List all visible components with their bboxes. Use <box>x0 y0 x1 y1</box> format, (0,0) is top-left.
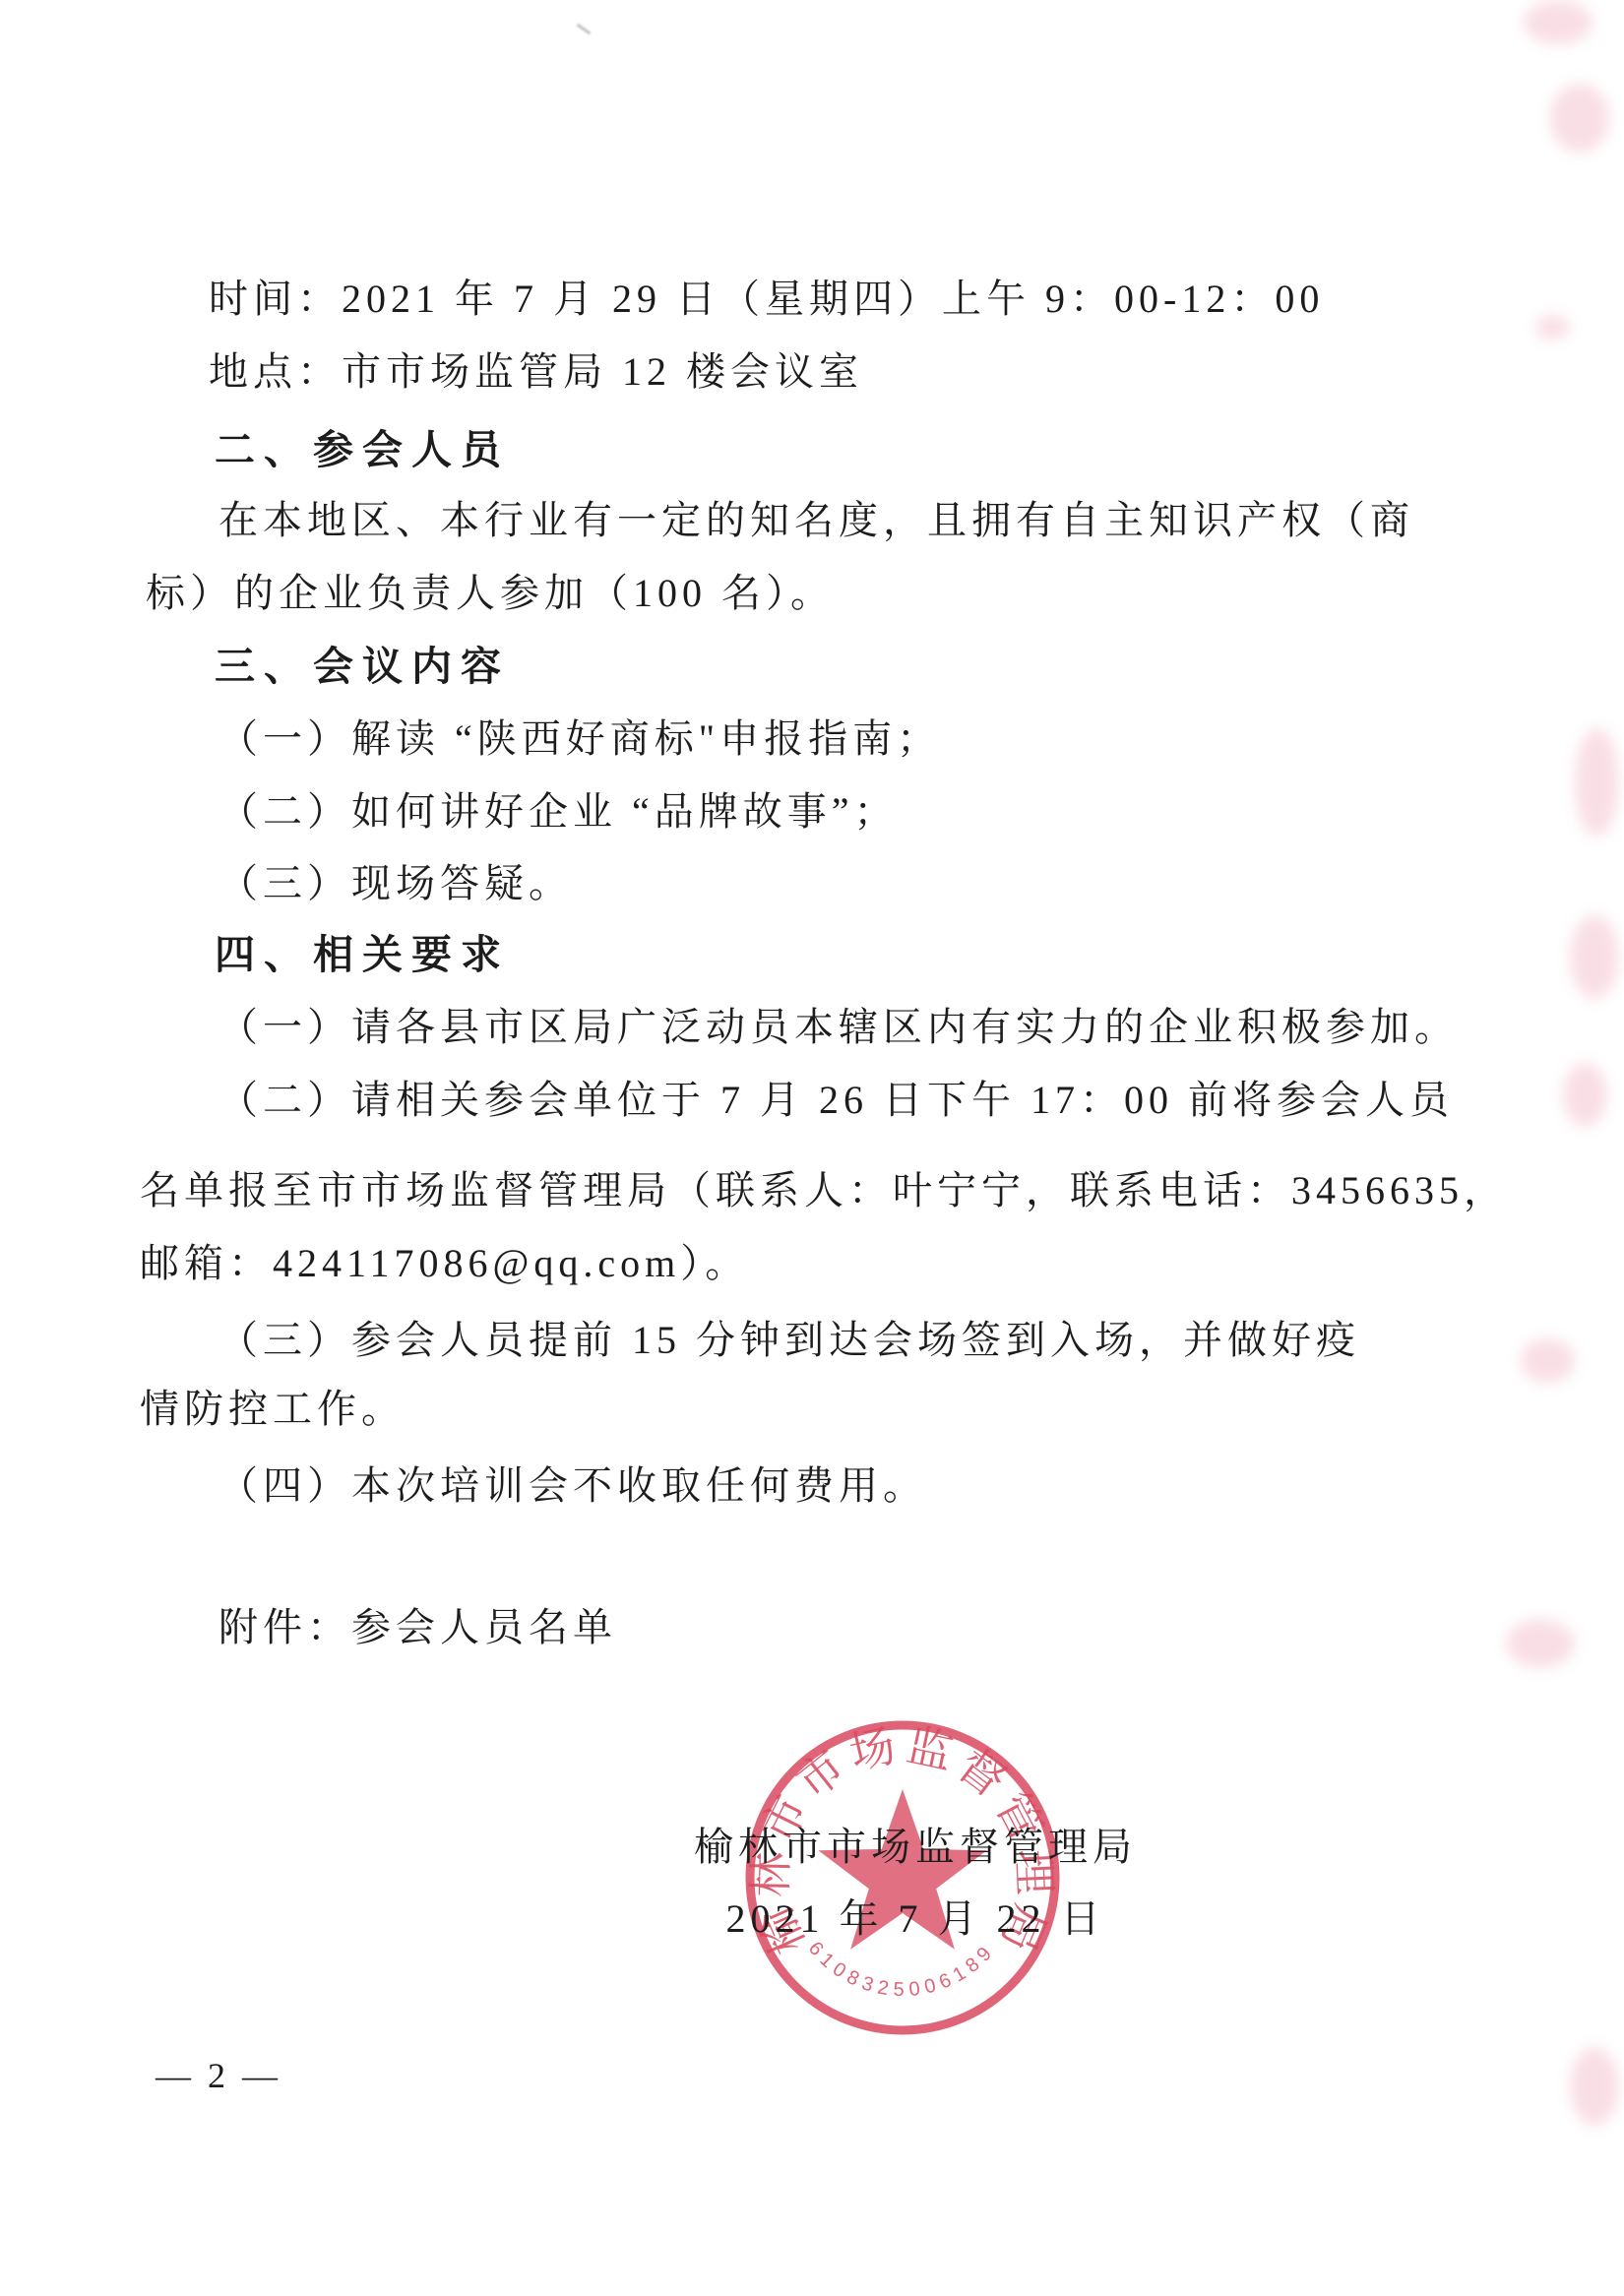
scan-artifact <box>1563 1063 1607 1127</box>
paragraph-line: 邮箱：424117086@qq.com）。 <box>140 1232 749 1288</box>
attachment-line: 附件：参会人员名单 <box>219 1596 617 1652</box>
seal-serial-textpath: 6108325006189 <box>804 1938 996 2001</box>
list-item: （三）现场答疑。 <box>219 852 573 908</box>
time-line: 时间：2021 年 7 月 29 日（星期四）上午 9：00-12：00 <box>209 268 1324 324</box>
page-number: — 2 — <box>156 2055 281 2096</box>
location-line: 地点：市市场监管局 12 楼会议室 <box>209 341 863 397</box>
signature-issuer: 榆林市市场监督管理局 <box>650 1816 1181 1872</box>
list-item: （三）参会人员提前 15 分钟到达会场签到入场，并做好疫 <box>219 1309 1360 1365</box>
scan-artifact <box>1535 315 1570 340</box>
list-item: （二）如何讲好企业 “品牌故事”； <box>219 780 899 837</box>
paragraph-line: 标）的企业负责人参加（100 名）。 <box>146 562 835 618</box>
paragraph-line: 在本地区、本行业有一定的知名度，且拥有自主知识产权（商 <box>219 489 1414 545</box>
list-item: （一）解读 “陕西好商标"申报指南； <box>219 708 941 764</box>
paragraph-line: 名单报至市市场监督管理局（联系人：叶宁宁，联系电话：3456635， <box>140 1159 1508 1215</box>
scan-speck <box>577 24 592 35</box>
scan-artifact <box>1575 728 1619 837</box>
section-heading-requirements: 四、相关要求 <box>215 922 510 980</box>
seal-serial-text: 6108325006189 <box>804 1938 996 2001</box>
scan-artifact <box>1570 915 1619 999</box>
signature-date: 2021 年 7 月 22 日 <box>650 1888 1181 1944</box>
seal-graphic: 榆林市市场监督管理局 6108325006189 <box>735 1710 1070 2045</box>
scan-artifact <box>1550 84 1609 153</box>
document-page: 时间：2021 年 7 月 29 日（星期四）上午 9：00-12：00 地点：… <box>0 0 1624 2296</box>
list-item: （四）本次培训会不收取任何费用。 <box>219 1455 927 1511</box>
official-seal: 榆林市市场监督管理局 6108325006189 <box>735 1710 1070 2045</box>
section-heading-participants: 二、参会人员 <box>215 417 510 475</box>
list-item: （一）请各县市区局广泛动员本辖区内有实力的企业积极参加。 <box>219 996 1459 1052</box>
list-item: （二）请相关参会单位于 7 月 26 日下午 17：00 前将参会人员 <box>219 1069 1454 1125</box>
scan-artifact <box>1524 0 1593 44</box>
scan-artifact <box>1506 1619 1575 1668</box>
scan-artifact <box>1570 2047 1619 2126</box>
section-heading-content: 三、会议内容 <box>215 634 510 692</box>
paragraph-line: 情防控工作。 <box>140 1378 406 1434</box>
scan-artifact <box>1521 1338 1575 1383</box>
